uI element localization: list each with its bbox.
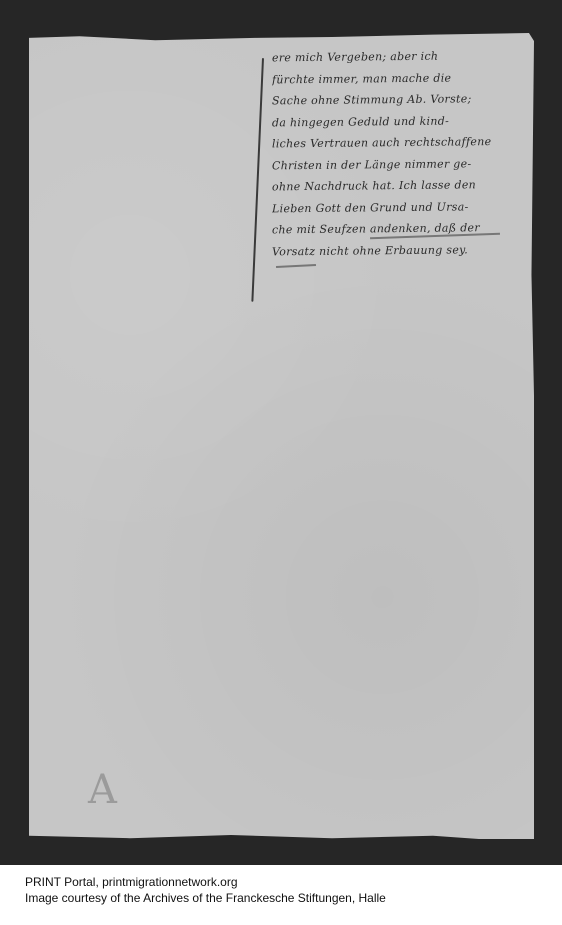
caption-credit: Image courtesy of the Archives of the Fr…: [25, 890, 386, 906]
scan-background: ere mich Vergeben; aber ich fürchte imme…: [0, 0, 562, 865]
handwritten-line: ohne Nachdruck hat. Ich lasse den: [272, 174, 537, 198]
handwritten-line: da hingegen Geduld und kind-: [272, 109, 537, 133]
handwritten-text-block: ere mich Vergeben; aber ich fürchte imme…: [272, 46, 537, 261]
handwritten-line: Sache ohne Stimmung Ab. Vorste;: [272, 88, 537, 112]
image-caption: PRINT Portal, printmigrationnetwork.org …: [25, 874, 386, 906]
handwritten-line: liches Vertrauen auch rechtschaffene: [272, 131, 537, 155]
handwritten-line: fürchte immer, man mache die: [272, 66, 537, 90]
handwritten-line: Christen in der Länge nimmer ge-: [272, 152, 537, 176]
handwritten-line: Vorsatz nicht ohne Erbauung sey.: [272, 238, 537, 262]
handwritten-line: ere mich Vergeben; aber ich: [272, 45, 537, 69]
handwritten-line: Lieben Gott den Grund und Ursa-: [272, 195, 537, 219]
pencil-corner-mark: A: [88, 768, 128, 812]
caption-source: PRINT Portal, printmigrationnetwork.org: [25, 874, 386, 890]
